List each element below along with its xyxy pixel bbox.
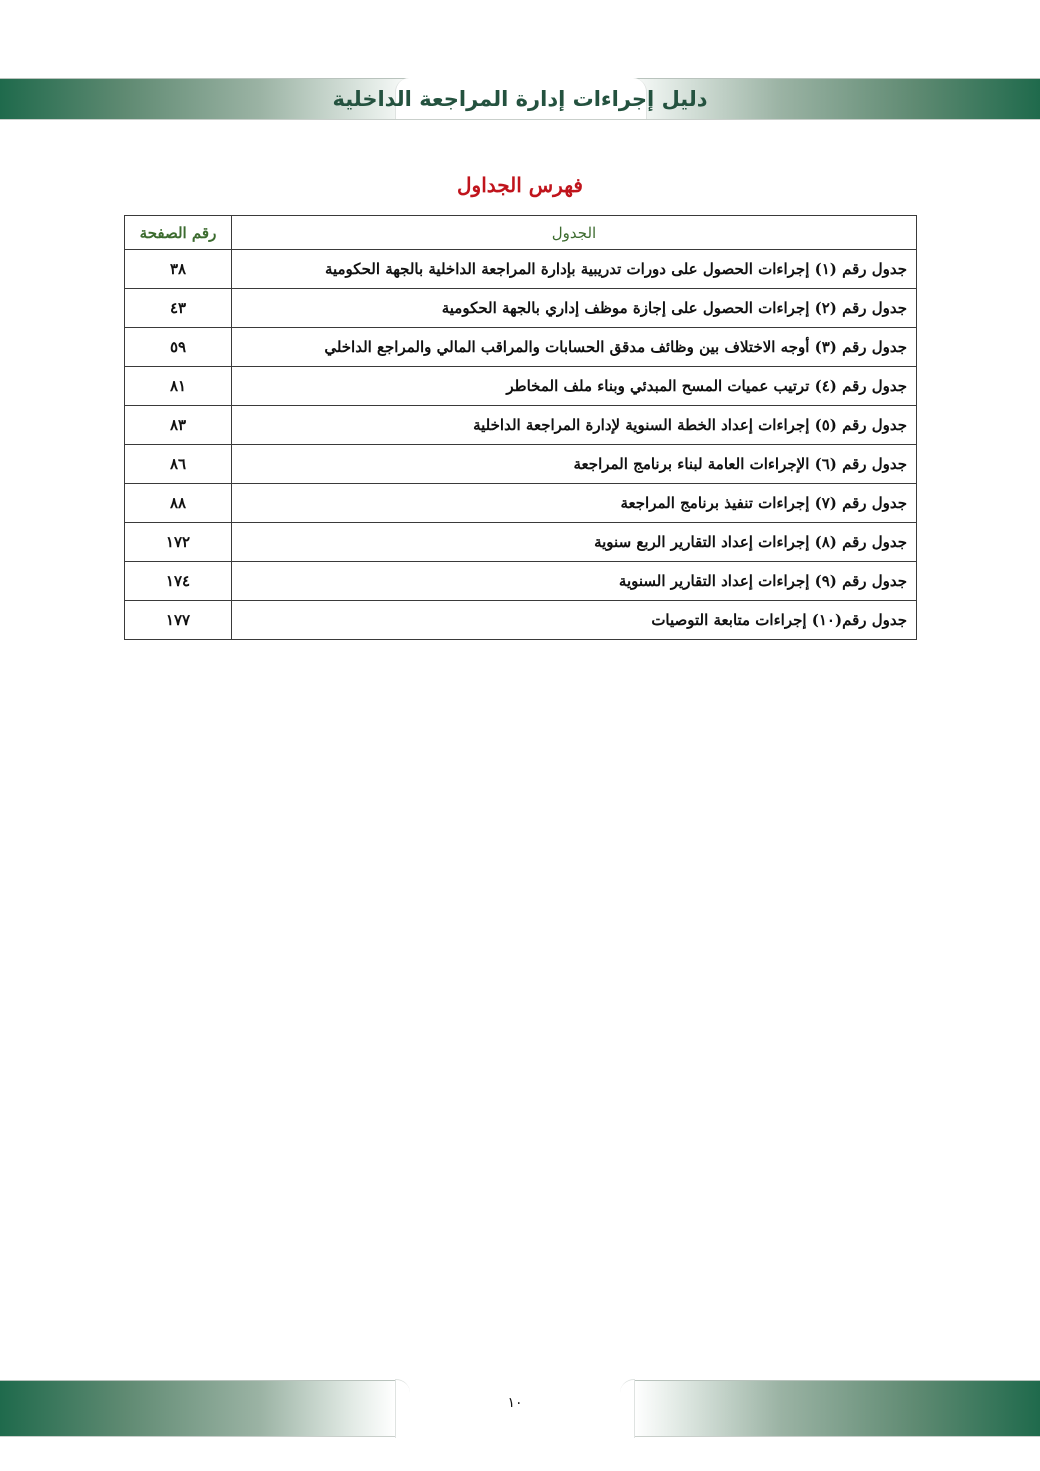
row-page-number: ١٧٢ — [125, 523, 232, 562]
row-page-number: ٨١ — [125, 367, 232, 406]
row-title: جدول رقم (٢) إجراءات الحصول على إجازة مو… — [232, 289, 917, 328]
row-title: جدول رقم (٤) ترتيب عميات المسح المبدئي و… — [232, 367, 917, 406]
table-row[interactable]: جدول رقم (٧) إجراءات تنفيذ برنامج المراج… — [125, 484, 917, 523]
column-header-table: الجدول — [232, 216, 917, 250]
table-row[interactable]: جدول رقم (٢) إجراءات الحصول على إجازة مو… — [125, 289, 917, 328]
table-row[interactable]: جدول رقم (١) إجراءات الحصول على دورات تد… — [125, 250, 917, 289]
row-title: جدول رقم (٣) أوجه الاختلاف بين وظائف مدق… — [232, 328, 917, 367]
row-page-number: ١٧٧ — [125, 601, 232, 640]
table-header-row: الجدول رقم الصفحة — [125, 216, 917, 250]
row-page-number: ٣٨ — [125, 250, 232, 289]
row-title: جدول رقم (٩) إجراءات إعداد التقارير السن… — [232, 562, 917, 601]
table-row[interactable]: جدول رقم (٦) الإجراءات العامة لبناء برنا… — [125, 445, 917, 484]
table-row[interactable]: جدول رقم(١٠) إجراءات متابعة التوصيات ١٧٧ — [125, 601, 917, 640]
document-title: دليل إجراءات إدارة المراجعة الداخلية — [0, 82, 1040, 116]
index-title: فهرس الجداول — [0, 170, 1040, 200]
row-page-number: ٨٦ — [125, 445, 232, 484]
row-page-number: ١٧٤ — [125, 562, 232, 601]
row-page-number: ٨٣ — [125, 406, 232, 445]
table-row[interactable]: جدول رقم (٨) إجراءات إعداد التقارير الرب… — [125, 523, 917, 562]
row-title: جدول رقم (١) إجراءات الحصول على دورات تد… — [232, 250, 917, 289]
table-row[interactable]: جدول رقم (٩) إجراءات إعداد التقارير السن… — [125, 562, 917, 601]
tables-index: الجدول رقم الصفحة جدول رقم (١) إجراءات ا… — [124, 215, 917, 640]
row-title: جدول رقم (٥) إجراءات إعداد الخطة السنوية… — [232, 406, 917, 445]
row-title: جدول رقم (٧) إجراءات تنفيذ برنامج المراج… — [232, 484, 917, 523]
row-page-number: ٨٨ — [125, 484, 232, 523]
row-page-number: ٤٣ — [125, 289, 232, 328]
row-title: جدول رقم (٨) إجراءات إعداد التقارير الرب… — [232, 523, 917, 562]
table-row[interactable]: جدول رقم (٣) أوجه الاختلاف بين وظائف مدق… — [125, 328, 917, 367]
row-title: جدول رقم(١٠) إجراءات متابعة التوصيات — [232, 601, 917, 640]
row-page-number: ٥٩ — [125, 328, 232, 367]
row-title: جدول رقم (٦) الإجراءات العامة لبناء برنا… — [232, 445, 917, 484]
page-number: ١٠ — [495, 1395, 535, 1411]
column-header-page: رقم الصفحة — [125, 216, 232, 250]
table-row[interactable]: جدول رقم (٥) إجراءات إعداد الخطة السنوية… — [125, 406, 917, 445]
table-row[interactable]: جدول رقم (٤) ترتيب عميات المسح المبدئي و… — [125, 367, 917, 406]
